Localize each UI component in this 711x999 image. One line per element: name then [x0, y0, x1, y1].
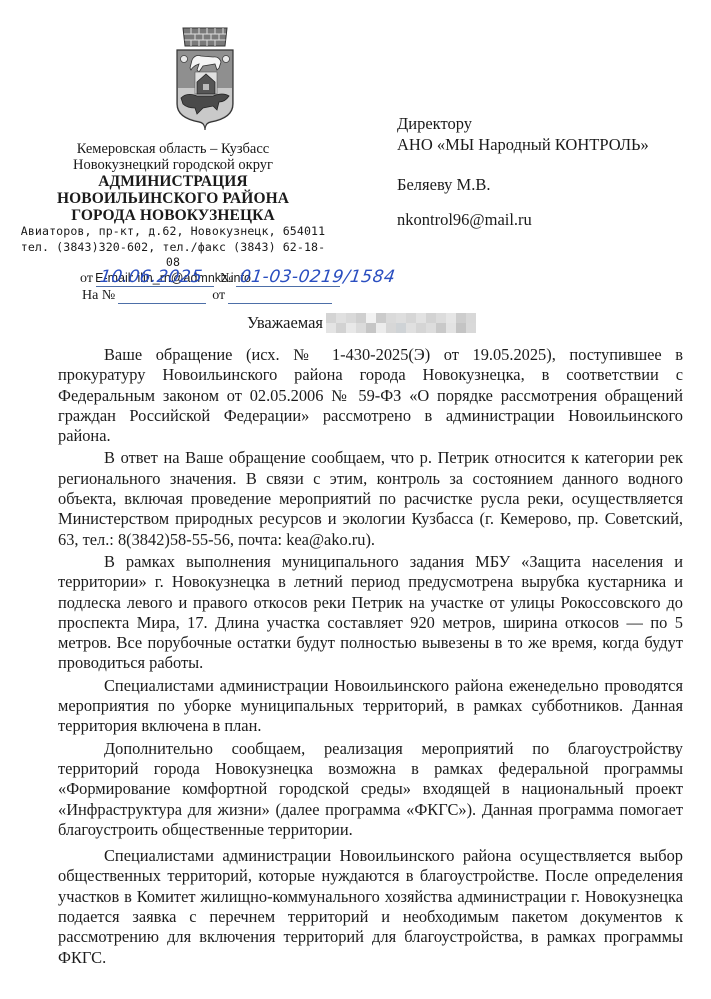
outgoing-number-handwritten: 01-03-0219/1584 — [239, 267, 397, 287]
outgoing-number-field: 01-03-0219/1584 — [236, 270, 340, 287]
reply-to-number-field — [118, 287, 206, 304]
registration-line-reply: На № от — [82, 287, 332, 304]
salutation: Уважаемая — [247, 313, 476, 333]
sender-block: Кемеровская область – Кузбасс Новокузнец… — [18, 141, 328, 286]
registration-line-outgoing: от 10.06.2025 № 01-03-0219/1584 — [80, 270, 340, 287]
paragraph: Специалистами администрации Новоильинско… — [58, 846, 683, 968]
salutation-text: Уважаемая — [247, 313, 323, 333]
reply-from-date-field — [228, 287, 332, 304]
outgoing-date-field: 10.06.2025 — [96, 270, 214, 287]
paragraph: Специалистами администрации Новоильинско… — [58, 676, 683, 737]
letter-body: Ваше обращение (исх. № 1-430-2025(Э) от … — [58, 345, 683, 968]
sender-district: Новокузнецкий городской округ — [18, 157, 328, 173]
paragraph: В ответ на Ваше обращение сообщаем, что … — [58, 448, 683, 549]
coat-of-arms-icon — [173, 26, 237, 132]
outgoing-date-handwritten: 10.06.2025 — [99, 267, 204, 287]
sender-org-line-2: НОВОИЛЬИНСКОГО РАЙОНА — [18, 190, 328, 207]
from-label: от — [80, 271, 93, 287]
sender-org-line-1: АДМИНИСТРАЦИЯ — [18, 173, 328, 190]
sender-org-line-3: ГОРОДА НОВОКУЗНЕЦКА — [18, 207, 328, 224]
sender-address: Авиаторов, пр-кт, д.62, Новокузнецк, 654… — [18, 224, 328, 240]
reply-to-label: На № — [82, 288, 115, 304]
number-label: № — [220, 271, 233, 287]
paragraph: В рамках выполнения муниципального задан… — [58, 552, 683, 674]
recipient-organization: АНО «МЫ Народный КОНТРОЛЬ» — [397, 134, 649, 155]
sender-phone: тел. (3843)320-602, тел./факс (3843) 62-… — [18, 240, 328, 271]
recipient-position: Директору — [397, 113, 649, 134]
recipient-block: Директору АНО «МЫ Народный КОНТРОЛЬ» Бел… — [397, 113, 649, 230]
redacted-name — [326, 313, 476, 333]
paragraph: Дополнительно сообщаем, реализация мероп… — [58, 739, 683, 840]
paragraph: Ваше обращение (исх. № 1-430-2025(Э) от … — [58, 345, 683, 446]
sender-region: Кемеровская область – Кузбасс — [18, 141, 328, 157]
reply-from-label: от — [212, 288, 225, 304]
recipient-email: nkontrol96@mail.ru — [397, 209, 649, 230]
recipient-name: Беляеву М.В. — [397, 174, 649, 195]
